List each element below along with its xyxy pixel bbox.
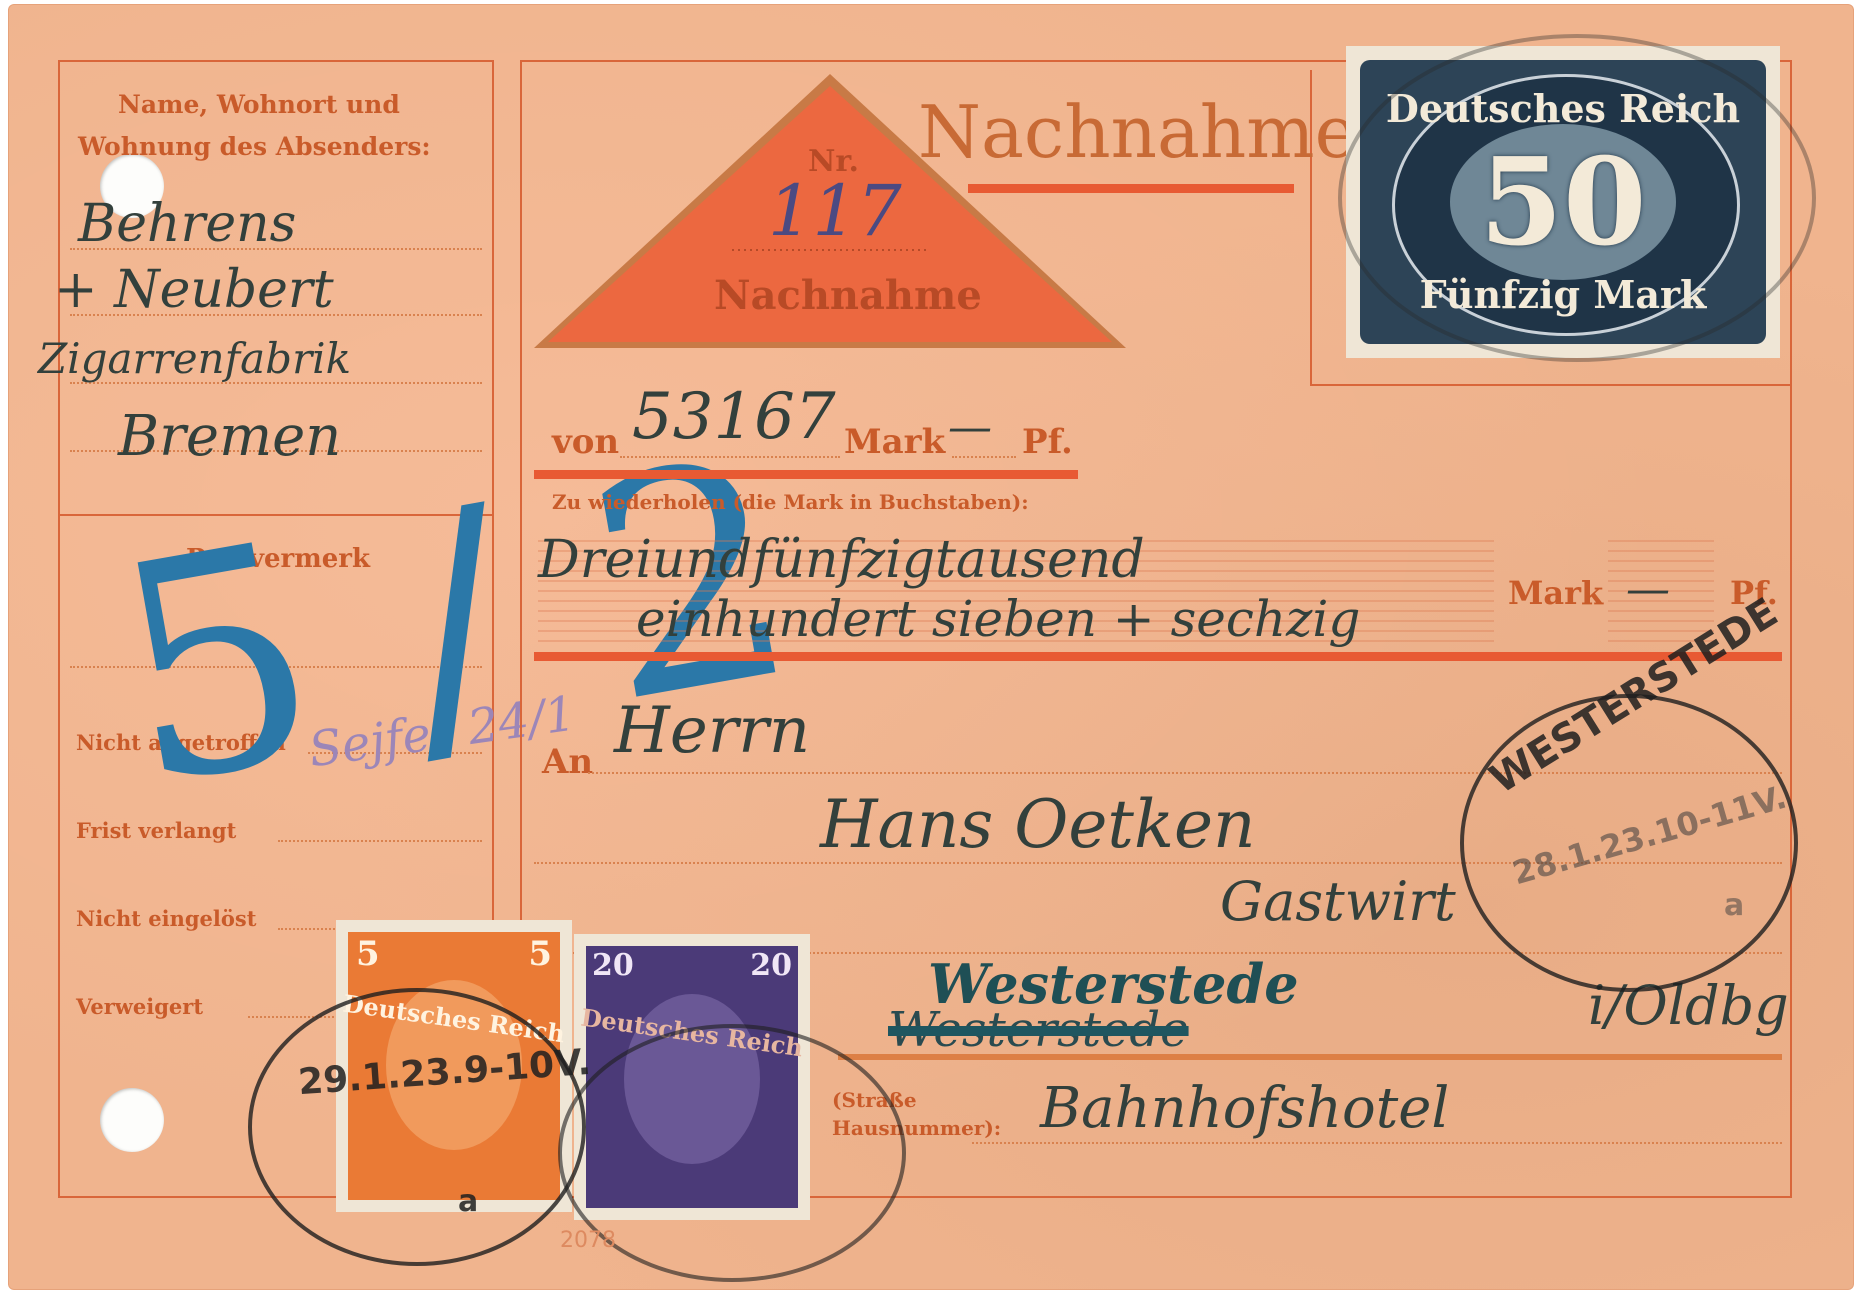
form-number: 2078 bbox=[560, 1228, 616, 1253]
label-nr-value: 117 bbox=[768, 170, 902, 252]
postmark-bremen bbox=[1338, 34, 1816, 362]
cod-card: Name, Wohnort und Wohnung des Absenders:… bbox=[8, 4, 1854, 1290]
sender-city: Bremen bbox=[118, 404, 341, 469]
label-text: Nachnahme bbox=[714, 272, 982, 319]
mark-label: Mark bbox=[844, 422, 945, 462]
stamp-value: 20 bbox=[750, 948, 792, 983]
post-note-row: Verweigert bbox=[76, 994, 203, 1019]
words-mark-label: Mark bbox=[1508, 574, 1603, 612]
sender-business: Zigarrenfabrik bbox=[38, 334, 351, 383]
stamp-value: 5 bbox=[528, 934, 552, 974]
repeat-label: Zu wiederholen (die Mark in Buchstaben): bbox=[552, 490, 1029, 514]
recipient-occupation: Gastwirt bbox=[1220, 870, 1456, 933]
page-title: Nachnahme bbox=[918, 90, 1357, 174]
amount-words-line-1: Dreiundfünfzigtausend bbox=[538, 530, 1145, 590]
postmark-code: a bbox=[458, 1184, 478, 1219]
recipient-street: Bahnhofshotel bbox=[1040, 1076, 1449, 1141]
recipient-name: Hans Oetken bbox=[820, 786, 1256, 863]
postmark-code: a bbox=[1724, 888, 1744, 923]
recipient-salutation: Herrn bbox=[614, 694, 810, 768]
sender-heading: Name, Wohnort und bbox=[118, 90, 400, 119]
amount-mark-value: 53167 bbox=[632, 380, 836, 454]
punch-hole bbox=[100, 1088, 164, 1152]
sender-name: Behrens bbox=[78, 194, 296, 254]
an-label: An bbox=[542, 742, 593, 782]
sender-heading-2: Wohnung des Absenders: bbox=[78, 132, 431, 161]
stamp-value: 5 bbox=[356, 934, 380, 974]
von-label: von bbox=[552, 422, 619, 462]
amount-pf-value: — bbox=[948, 402, 992, 453]
postmark-arrival bbox=[248, 988, 586, 1266]
sender-name-2: + Neubert bbox=[54, 260, 334, 320]
post-note-row: Nicht eingelöst bbox=[76, 906, 256, 931]
stamp-value: 20 bbox=[592, 948, 634, 983]
recipient-place-struck: Westerstede bbox=[888, 1002, 1189, 1058]
amount-words-line-2: einhundert sieben + sechzig bbox=[636, 590, 1360, 648]
pf-label: Pf. bbox=[1022, 422, 1073, 462]
words-pf-value: — bbox=[1626, 564, 1670, 615]
